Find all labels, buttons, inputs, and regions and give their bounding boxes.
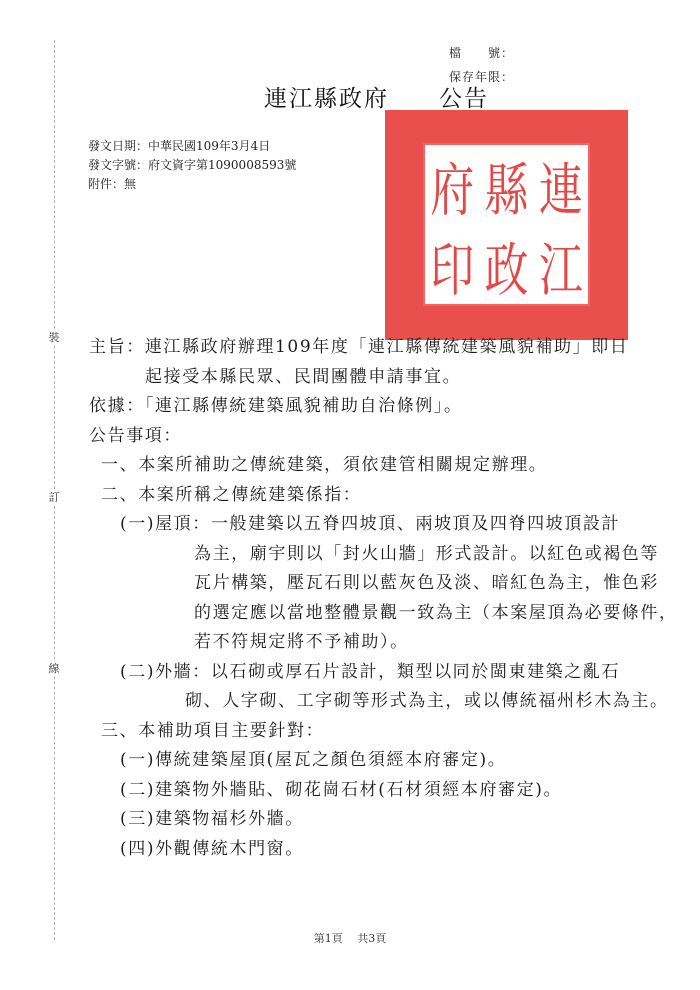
subitem-text: 外牆：以石砌或厚石片設計，類型以同於閩東建築之亂石 <box>155 662 620 682</box>
item-2-sub-1-line-5: 若不符規定將不予補助）。 <box>89 628 669 658</box>
subitem-text: 建築物福杉外牆。 <box>155 809 304 829</box>
subitem-text: 建築物外牆貼、砌花崗石材(石材須經本府審定)。 <box>155 780 562 800</box>
item-1: 一、本案所補助之傳統建築，須依建管相關規定辦理。 <box>89 451 669 481</box>
seal-char: 印 <box>425 213 479 316</box>
binding-char-zhuang: 裝 <box>47 331 61 345</box>
page-footer: 第1頁 共3頁 <box>0 930 700 946</box>
page-current: 第1頁 <box>314 932 343 945</box>
announcement-heading: 公告事項： <box>89 422 669 452</box>
subitem-marker: (二) <box>120 662 155 682</box>
item-marker: 一、 <box>101 455 138 475</box>
binding-char-ding: 訂 <box>47 491 61 505</box>
binding-margin-line <box>54 40 55 940</box>
document-number-label: 發文字號： <box>88 158 148 172</box>
item-marker: 二、 <box>101 485 138 505</box>
file-number-label: 檔 號： <box>449 44 514 61</box>
document-title: 連江縣政府 公告 <box>264 80 489 113</box>
subitem-text: 屋頂：一般建築以五脊四坡頂、兩坡頂及四脊四坡頂設計 <box>155 514 620 534</box>
subject-label: 主旨： <box>89 337 145 357</box>
issue-date-row: 發文日期：中華民國109年3月4日 <box>88 137 296 156</box>
item-2-sub-1-line-4: 的選定應以當地整體景觀一致為主（本案屋頂為必要條件， <box>89 599 669 629</box>
binding-char-xian: 線 <box>47 662 61 676</box>
item-text: 本補助項目主要針對： <box>138 721 324 741</box>
document-type: 公告 <box>439 86 489 112</box>
document-number-row: 發文字號：府文資字第1090008593號 <box>88 156 296 175</box>
subject-line-1: 主旨：連江縣政府辦理109年度「連江縣傳統建築風貌補助」即日 <box>89 333 669 363</box>
document-info: 發文日期：中華民國109年3月4日 發文字號：府文資字第1090008593號 … <box>88 137 296 194</box>
subitem-marker: (二) <box>120 780 155 800</box>
subitem-text: 傳統建築屋頂(屋瓦之顏色須經本府審定)。 <box>155 750 506 770</box>
subject-line-2: 起接受本縣民眾、民間團體申請事宜。 <box>89 363 669 393</box>
subitem-marker: (四) <box>120 839 155 859</box>
subitem-text: 外觀傳統木門窗。 <box>155 839 304 859</box>
attachment-row: 附件：無 <box>88 175 296 194</box>
page-total: 共3頁 <box>357 932 386 945</box>
basis-label: 依據： <box>89 396 145 416</box>
item-3-sub-2: (二)建築物外牆貼、砌花崗石材(石材須經本府審定)。 <box>89 776 669 806</box>
item-marker: 三、 <box>101 721 138 741</box>
item-3-sub-4: (四)外觀傳統木門窗。 <box>89 835 669 865</box>
official-seal: 連 縣 府 江 政 印 <box>385 110 628 340</box>
item-3-sub-1: (一)傳統建築屋頂(屋瓦之顏色須經本府審定)。 <box>89 746 669 776</box>
item-2-sub-1-line-2: 為主，廟宇則以「封火山牆」形式設計。以紅色或褐色等 <box>89 540 669 570</box>
seal-char: 江 <box>534 213 588 316</box>
item-text: 本案所稱之傳統建築係指： <box>138 485 361 505</box>
item-2-sub-1-line-1: (一)屋頂：一般建築以五脊四坡頂、兩坡頂及四脊四坡頂設計 <box>89 510 669 540</box>
basis-line: 依據：「連江縣傳統建築風貌補助自治條例」。 <box>89 392 669 422</box>
item-2-sub-2-line-2: 砌、人字砌、工字砌等形式為主，或以傳統福州杉木為主。 <box>89 687 669 717</box>
seal-inner-frame: 連 縣 府 江 政 印 <box>423 143 590 306</box>
item-2-sub-2-line-1: (二)外牆：以石砌或厚石片設計，類型以同於閩東建築之亂石 <box>89 658 669 688</box>
item-3: 三、本補助項目主要針對： <box>89 717 669 747</box>
subject-text: 連江縣政府辦理109年度「連江縣傳統建築風貌補助」即日 <box>145 337 629 357</box>
attachment-label: 附件： <box>88 177 124 191</box>
subitem-marker: (三) <box>120 809 155 829</box>
item-2-sub-1-line-3: 瓦片構築，壓瓦石則以藍灰色及淡、暗紅色為主，惟色彩 <box>89 569 669 599</box>
document-body: 主旨：連江縣政府辦理109年度「連江縣傳統建築風貌補助」即日 起接受本縣民眾、民… <box>89 333 669 864</box>
basis-text: 「連江縣傳統建築風貌補助自治條例」。 <box>145 396 463 416</box>
subitem-marker: (一) <box>120 514 155 534</box>
item-text: 本案所補助之傳統建築，須依建管相關規定辦理。 <box>138 455 547 475</box>
issue-date-label: 發文日期： <box>88 139 148 153</box>
agency-name: 連江縣政府 <box>264 86 389 112</box>
item-3-sub-3: (三)建築物福杉外牆。 <box>89 805 669 835</box>
issue-date-value: 中華民國109年3月4日 <box>148 139 270 153</box>
subitem-marker: (一) <box>120 750 155 770</box>
attachment-value: 無 <box>124 177 136 191</box>
seal-char: 政 <box>479 213 533 316</box>
document-number-value: 府文資字第1090008593號 <box>148 158 296 172</box>
item-2: 二、本案所稱之傳統建築係指： <box>89 481 669 511</box>
